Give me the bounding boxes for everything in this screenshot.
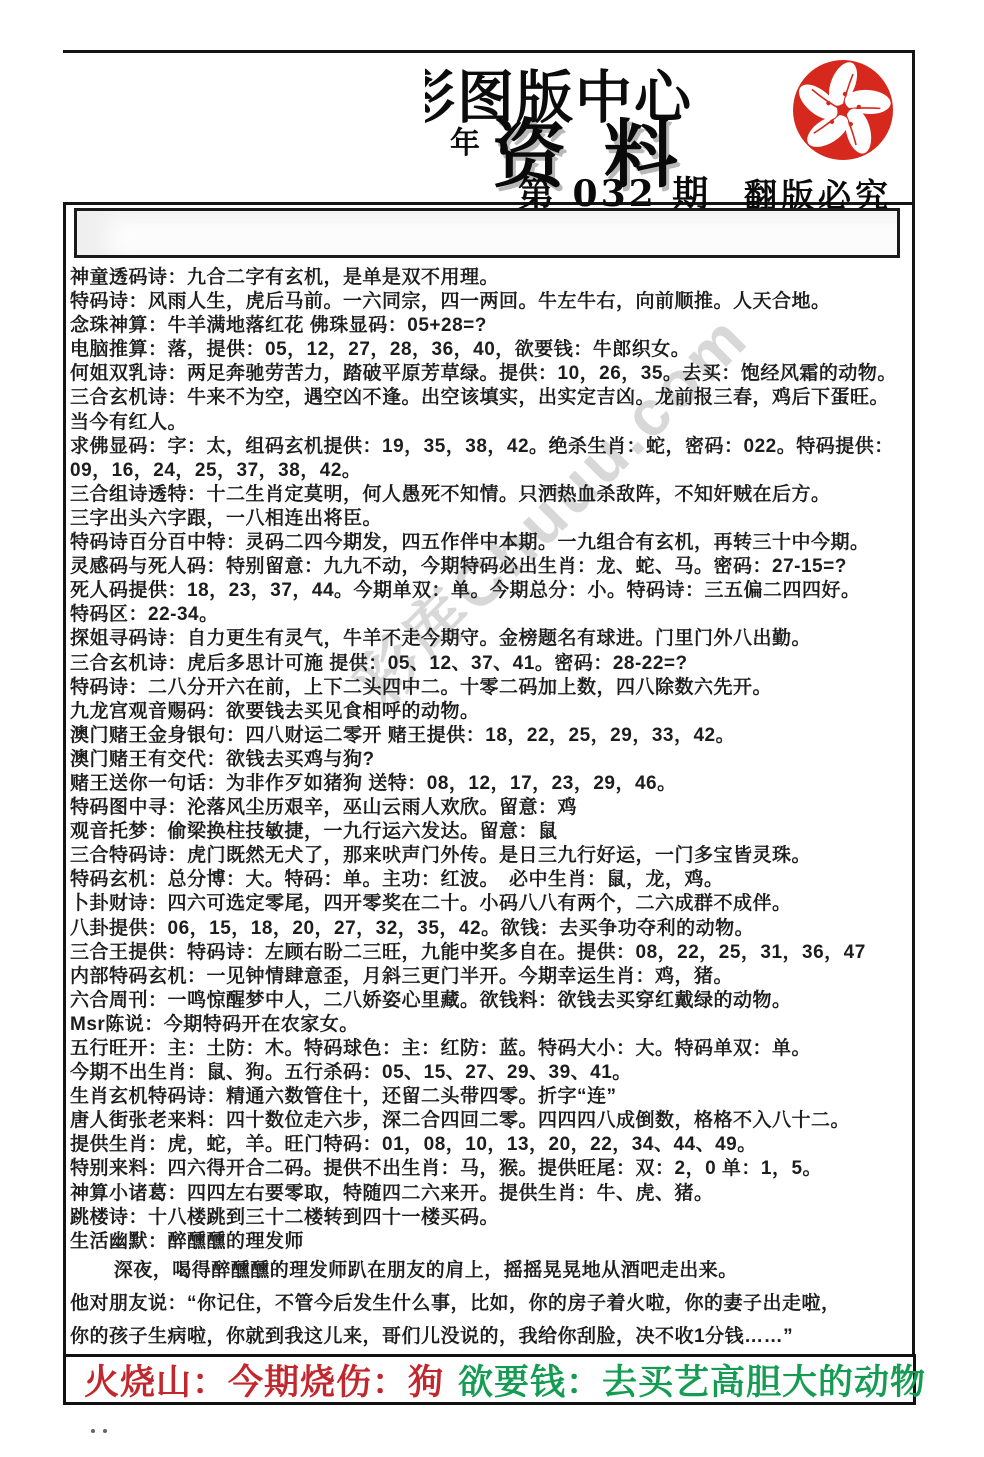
text-line: 特码图中寻：沦落风尘历艰辛，巫山云雨人欢欣。留意：鸡: [70, 796, 916, 820]
humor-story-line: 你的孩子生病啦，你就到我这儿来，哥们儿没说的，我给你刮脸，决不收1分钱……”: [70, 1320, 916, 1353]
text-line: 提供生肖：虎，蛇，羊。旺门特码：01，08，10，13，20，22，34、44、…: [70, 1133, 916, 1157]
masthead-year-suffix: 年: [450, 118, 480, 162]
text-line: 神童透码诗：九合二字有玄机，是单是双不用理。: [70, 266, 916, 290]
scanned-lottery-sheet: { "header": { "center_name_partial": "彩图…: [0, 0, 984, 1457]
text-line: 澳门赌王金身银句：四八财运二零开 赌王提供：18，22，25，29，33，42。: [70, 724, 916, 748]
text-line: 三合王提供：特码诗：左顾右盼二三旺，九能中奖多自在。提供：08，22，25，31…: [70, 941, 916, 965]
content-left-border: [63, 202, 66, 1405]
text-line: 今期不出生肖：鼠、狗。五行杀码：05、15、27、29、39、41。: [70, 1061, 916, 1085]
text-line: 三合特码诗：虎门既然无犬了，那来吠声门外传。是日三九行好运，一门多宝皆灵珠。: [70, 844, 916, 868]
text-line: 特码区：22-34。: [70, 603, 916, 627]
bauhinia-flower-icon: [791, 58, 895, 162]
humor-section-title: 生活幽默：醉醺醺的理发师: [70, 1230, 916, 1254]
text-line: 特码玄机：总分博：大。特码：单。主功：红波。 必中生肖：鼠，龙，鸡。: [70, 868, 916, 892]
blank-header-box: [74, 208, 900, 258]
text-line: 特别来料：四六得开合二码。提供不出生肖：马，猴。提供旺尾：双：2，0 单：1，5…: [70, 1157, 916, 1181]
text-line: 死人码提供：18，23，37，44。今期单双：单。今期总分：小。特码诗：三五偏二…: [70, 579, 916, 603]
text-line: 09，16，24，25，37，38，42。: [70, 459, 916, 483]
humor-story-line: 深夜，喝得醉醺醺的理发师趴在朋友的肩上，摇摇晃晃地从酒吧走出来。: [70, 1254, 916, 1287]
text-line: 唐人街张老来料：四十数位走六步，深二合四回二零。四四四八成倒数，格格不入八十二。: [70, 1109, 916, 1133]
text-line: 三字出头六字跟，一八相连出将臣。: [70, 507, 916, 531]
text-line: 特码诗：二八分开六在前，上下二头四中二。十零二码加上数，四八除数六先开。: [70, 676, 916, 700]
text-line: 八卦提供：06，15，18，20，27，32，35，42。欲钱：去买争功夺利的动…: [70, 917, 916, 941]
text-line: 电脑推算：落，提供：05，12，27，28，36，40，欲要钱：牛郎织女。: [70, 338, 916, 362]
text-line: 跳楼诗：十八楼跳到三十二楼转到四十一楼买码。: [70, 1206, 916, 1230]
text-line: 探姐寻码诗：自力更生有灵气，牛羊不走今期守。金榜题名有球进。门里门外八出勤。: [70, 627, 916, 651]
scan-artifact-dot: [91, 1429, 95, 1433]
humor-story-line: 他对朋友说：“你记住，不管今后发生什么事，比如，你的房子着火啦，你的妻子出走啦，: [70, 1287, 916, 1320]
bottom-highlight-banner: 火烧山：今期烧伤：狗 欲要钱：去买艺高胆大的动物: [63, 1354, 916, 1405]
text-line: 求佛显码：字：太，组码玄机提供：19，35，38，42。绝杀生肖：蛇，密码：02…: [70, 435, 916, 459]
text-line: 五行旺开：主：土防：木。特码球色：主：红防：蓝。特码大小：大。特码单双：单。: [70, 1037, 916, 1061]
text-line: 灵感码与死人码：特别留意：九九不动，今期特码必出生肖：龙、蛇、马。密码：27-1…: [70, 555, 916, 579]
text-line: 赌王送你一句话：为非作歹如猪狗 送特：08，12，17，23，29，46。: [70, 772, 916, 796]
fire-mountain-tip: 火烧山：今期烧伤：狗: [84, 1355, 444, 1405]
tips-text-area: 神童透码诗：九合二字有玄机，是单是双不用理。 特码诗：风雨人生，虎后马前。一六同…: [70, 266, 916, 1353]
scan-artifact-dot: [103, 1429, 107, 1433]
text-line: 何姐双乳诗：两足奔驰劳苦力，踏破平原芳草绿。提供：10，26，35。去买：饱经风…: [70, 362, 916, 386]
text-line: 生肖玄机特码诗：精通六数管住十，还留二头带四零。折字“连”: [70, 1085, 916, 1109]
text-line: 六合周刊：一鸣惊醒梦中人，二八娇姿心里藏。欲钱料：欲钱去买穿红戴绿的动物。: [70, 989, 916, 1013]
text-line: 澳门赌王有交代：欲钱去买鸡与狗?: [70, 748, 916, 772]
text-line: 特码诗百分百中特：灵码二四今期发，四五作伴中本期。一九组合有玄机，再转三十中今期…: [70, 531, 916, 555]
text-line: 九龙宫观音赐码：欲要钱去买见食相呼的动物。: [70, 700, 916, 724]
text-line: 三合玄机诗：牛来不为空，遇空凶不逢。出空该填实，出实定吉凶。龙前报三春，鸡后下蛋…: [70, 386, 916, 410]
text-line: 观音托梦：偷梁换柱技敏捷，一九行运六发达。留意：鼠: [70, 820, 916, 844]
text-line: 念珠神算：牛羊满地落红花 佛珠显码：05+28=?: [70, 314, 916, 338]
text-line: 神算小诸葛：四四左右要零取，特随四二六来开。提供生肖：牛、虎、猪。: [70, 1182, 916, 1206]
text-line: 内部特码玄机：一见钟情肆意歪，月斜三更门半开。今期幸运生肖：鸡，猪。: [70, 965, 916, 989]
text-line: Msr陈说：今期特码开在农家女。: [70, 1013, 916, 1037]
text-line: 卜卦财诗：四六可选定零尾，四开零奖在二十。小码八八有两个，二六成群不成伴。: [70, 892, 916, 916]
text-line: 当今有红人。: [70, 411, 916, 435]
text-line: 三合玄机诗：虎后多思计可施 提供：05、12、37、41。密码：28-22=?: [70, 652, 916, 676]
text-line: 特码诗：风雨人生，虎后马前。一六同宗，四一两回。牛左牛右，向前顺推。人天合地。: [70, 290, 916, 314]
money-tip: 欲要钱：去买艺高胆大的动物: [458, 1355, 926, 1405]
text-line: 三合组诗透特：十二生肖定莫明，何人愚死不知情。只洒热血杀敌阵，不知奸贼在后方。: [70, 483, 916, 507]
